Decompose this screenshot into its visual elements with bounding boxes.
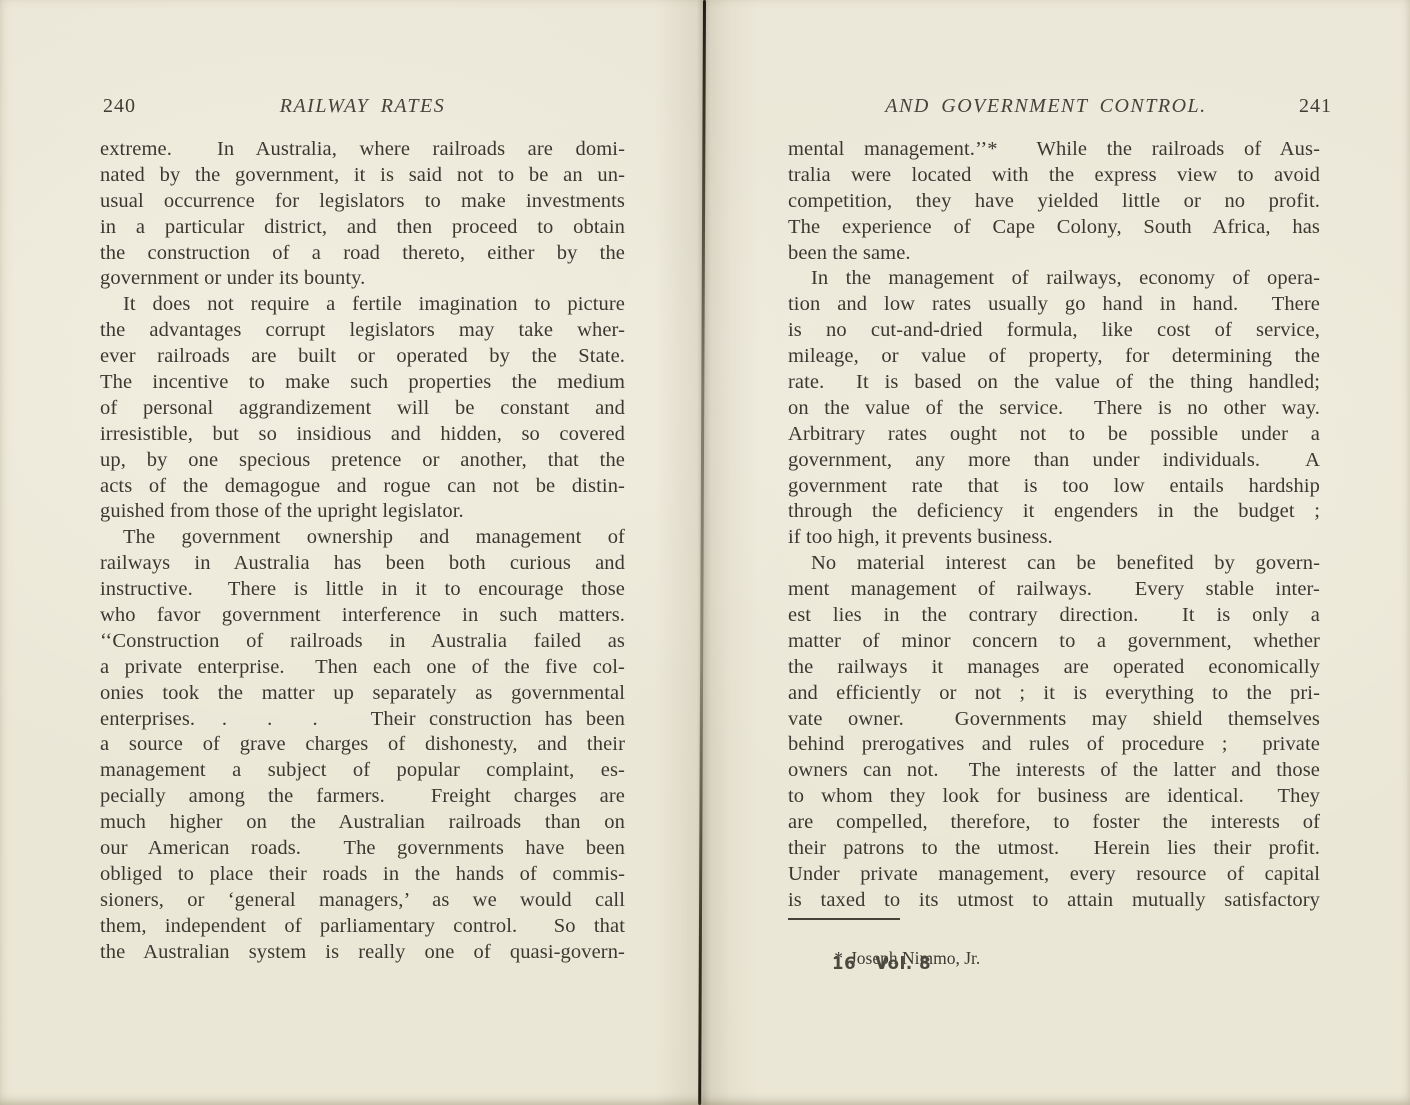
text-line: is no cut-and-dried formula, like cost o… (788, 318, 1320, 344)
paragraph: mental management.’’* While the railroad… (788, 137, 1320, 266)
text-line: government or under its bounty. (100, 266, 625, 292)
signature-mark: 16 Vol. 8 (788, 954, 931, 973)
text-line: much higher on the Australian railroads … (100, 810, 625, 836)
text-line: government rate that is too low entails … (788, 474, 1320, 500)
text-line: usual occurrence for legislators to make… (100, 189, 625, 215)
text-line: a private enterprise. Then each one of t… (100, 655, 625, 681)
text-line: our American roads. The governments have… (100, 836, 625, 862)
text-line: of personal aggrandizement will be const… (100, 396, 625, 422)
text-line: tion and low rates usually go hand in ha… (788, 292, 1320, 318)
text-line: railways in Australia has been both curi… (100, 551, 625, 577)
text-line: up, by one specious pretence or another,… (100, 448, 625, 474)
text-line: if too high, it prevents business. (788, 525, 1320, 551)
text-line: the construction of a road thereto, eith… (100, 241, 625, 267)
text-line: to whom they look for business are ident… (788, 784, 1320, 810)
paragraph: The government ownership and management … (100, 525, 625, 965)
text-line: on the value of the service. There is no… (788, 396, 1320, 422)
text-line: mileage, or value of property, for deter… (788, 344, 1320, 370)
text-line: ‘‘Construction of railroads in Australia… (100, 629, 625, 655)
text-line: their patrons to the utmost. Herein lies… (788, 836, 1320, 862)
text-line: ever railroads are built or operated by … (100, 344, 625, 370)
text-line: matter of minor concern to a government,… (788, 629, 1320, 655)
text-line: who favor government interference in suc… (100, 603, 625, 629)
text-line: tralia were located with the express vie… (788, 163, 1320, 189)
text-line: are compelled, therefore, to foster the … (788, 810, 1320, 836)
text-line: onies took the matter up separately as g… (100, 681, 625, 707)
text-line: The incentive to make such properties th… (100, 370, 625, 396)
text-line: management a subject of popular complain… (100, 758, 625, 784)
text-line: behind prerogatives and rules of procedu… (788, 732, 1320, 758)
page-body-right: mental management.’’* While the railroad… (788, 137, 1320, 914)
text-line: Arbitrary rates ought not to be possible… (788, 422, 1320, 448)
text-line: enterprises. . . . Their construction ha… (100, 707, 625, 733)
text-line: obliged to place their roads in the hand… (100, 862, 625, 888)
text-line: guished from those of the upright legisl… (100, 499, 625, 525)
page-body-left: extreme. In Australia, where railroads a… (100, 137, 625, 966)
text-line: In the management of railways, economy o… (788, 266, 1320, 292)
text-line: them, independent of parliamentary contr… (100, 914, 625, 940)
running-head-left: RAILWAY RATES (100, 95, 625, 118)
gutter-shadow (655, 0, 760, 1105)
text-line: is taxed to its utmost to attain mutuall… (788, 888, 1320, 914)
text-line: the railways it manages are operated eco… (788, 655, 1320, 681)
text-line: government, any more than under individu… (788, 448, 1320, 474)
page-number-right: 241 (1278, 95, 1332, 118)
paragraph: In the management of railways, economy o… (788, 266, 1320, 551)
text-line: the advantages corrupt legislators may t… (100, 318, 625, 344)
text-line: the Australian system is really one of q… (100, 940, 625, 966)
text-line: rate. It is based on the value of the th… (788, 370, 1320, 396)
text-line: irresistible, but so insidious and hidde… (100, 422, 625, 448)
book-spread: 240 RAILWAY RATES extreme. In Australia,… (0, 0, 1410, 1105)
running-head-right: AND GOVERNMENT CONTROL. (788, 95, 1304, 118)
text-line: pecially among the farmers. Freight char… (100, 784, 625, 810)
text-line: acts of the demagogue and rogue can not … (100, 474, 625, 500)
text-line: a source of grave charges of dishonesty,… (100, 732, 625, 758)
text-line: in a particular district, and then proce… (100, 215, 625, 241)
paragraph: extreme. In Australia, where railroads a… (100, 137, 625, 292)
text-line: through the deficiency it engenders in t… (788, 499, 1320, 525)
text-line: vate owner. Governments may shield thems… (788, 707, 1320, 733)
text-line: and efficiently or not ; it is everythin… (788, 681, 1320, 707)
text-line: It does not require a fertile imaginatio… (100, 292, 625, 318)
paragraph: It does not require a fertile imaginatio… (100, 292, 625, 525)
text-line: sioners, or ‘general managers,’ as we wo… (100, 888, 625, 914)
text-line: mental management.’’* While the railroad… (788, 137, 1320, 163)
text-line: The experience of Cape Colony, South Afr… (788, 215, 1320, 241)
text-line: nated by the government, it is said not … (100, 163, 625, 189)
text-line: competition, they have yielded little or… (788, 189, 1320, 215)
text-line: Under private management, every resource… (788, 862, 1320, 888)
text-line: No material interest can be benefited by… (788, 551, 1320, 577)
text-line: The government ownership and management … (100, 525, 625, 551)
text-line: instructive. There is little in it to en… (100, 577, 625, 603)
text-line: ment management of railways. Every stabl… (788, 577, 1320, 603)
text-line: been the same. (788, 241, 1320, 267)
footnote-rule (788, 918, 900, 920)
text-line: est lies in the contrary direction. It i… (788, 603, 1320, 629)
text-line: owners can not. The interests of the lat… (788, 758, 1320, 784)
paragraph: No material interest can be benefited by… (788, 551, 1320, 913)
text-line: extreme. In Australia, where railroads a… (100, 137, 625, 163)
